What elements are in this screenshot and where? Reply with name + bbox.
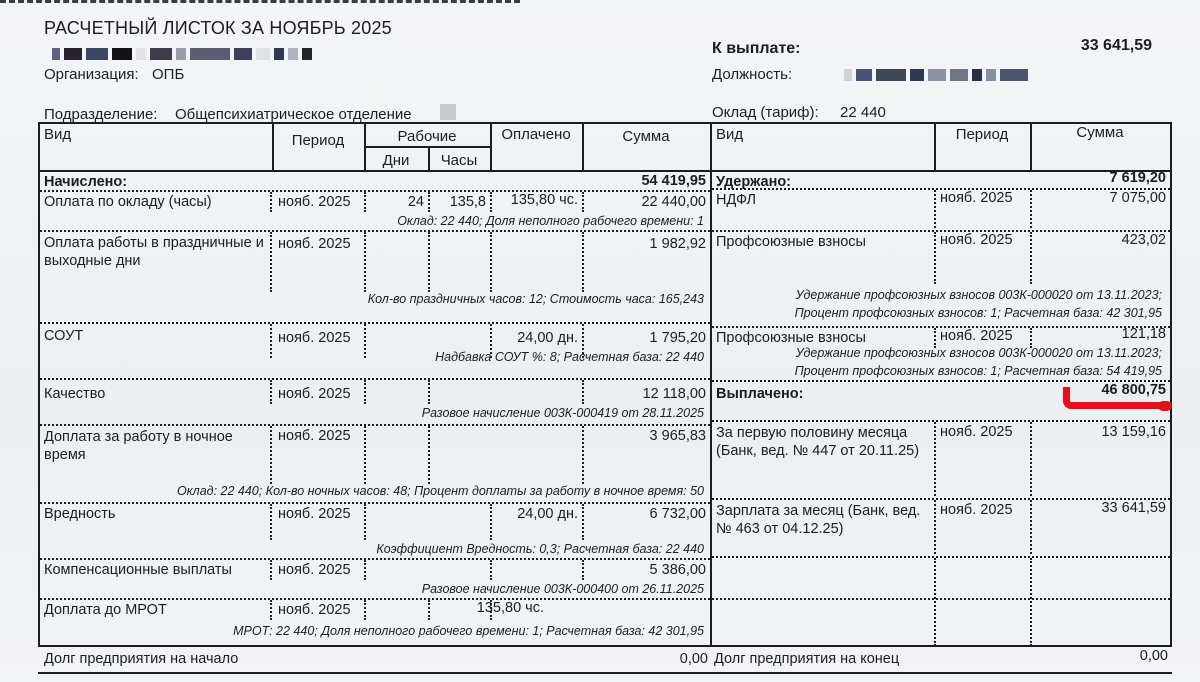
cell-divider (270, 426, 272, 484)
row-separator (40, 502, 710, 504)
row-period: нояб. 2025 (940, 424, 1013, 440)
row-sum: 33 641,59 (1040, 500, 1166, 516)
row-note: Разовое начисление 003К-000400 от 26.11.… (422, 582, 704, 596)
row-type: Профсоюзные взносы (716, 234, 866, 250)
debt-start-value: 0,00 (630, 651, 708, 667)
header-working: Рабочие (364, 128, 490, 145)
row-type: Профсоюзные взносы (716, 330, 866, 346)
cell-divider (428, 380, 430, 404)
row-separator (712, 556, 1170, 558)
row-period: нояб. 2025 (278, 506, 351, 522)
row-type: Вредность (44, 506, 115, 522)
row-sum: 13 159,16 (1040, 424, 1166, 440)
debt-start-label: Долг предприятия на начало (44, 651, 238, 667)
header-right-type: Вид (716, 126, 743, 143)
cell-divider (270, 324, 272, 358)
cell-divider (934, 328, 936, 348)
red-underline-tail (1158, 401, 1172, 411)
header-divider (364, 146, 490, 148)
row-type: СОУТ (44, 328, 83, 344)
row-note: Надбавка СОУТ %: 8; Расчетная база: 22 4… (435, 350, 704, 364)
row-sum: 7 075,00 (1040, 190, 1166, 206)
row-separator (40, 558, 710, 560)
row-sum: 423,02 (1040, 232, 1166, 248)
row-sum: 121,18 (1040, 326, 1166, 342)
cell-divider (934, 500, 936, 554)
row-note: МРОТ: 22 440; Доля неполного рабочего вр… (233, 624, 704, 638)
redacted-employee-name (52, 48, 312, 62)
cell-divider (270, 560, 272, 580)
row-note: Кол-во праздничных часов: 12; Стоимость … (368, 292, 704, 306)
cell-divider (490, 232, 492, 292)
row-separator (40, 230, 710, 232)
organization-label: Организация: (44, 66, 139, 83)
cell-divider (428, 426, 430, 484)
cell-divider (364, 426, 366, 484)
header-right-period: Период (934, 126, 1030, 143)
cell-divider (490, 560, 492, 580)
cell-divider (934, 232, 936, 284)
department-label: Подразделение: (44, 106, 157, 123)
row-sum: 12 118,00 (580, 386, 706, 402)
row-period: нояб. 2025 (940, 190, 1013, 206)
row-period: нояб. 2025 (940, 328, 1013, 344)
row-type: Доплата до МРОТ (44, 602, 167, 618)
row-type: Доплата за работу в ночное время (44, 428, 266, 464)
perforation-edge (0, 0, 520, 7)
row-sum: 3 965,83 (580, 428, 706, 444)
debt-end-value: 0,00 (1090, 648, 1168, 664)
header-hours: Часы (428, 152, 490, 169)
row-note: Процент профсоюзных взносов: 1; Расчетна… (795, 306, 1162, 320)
column-divider-main (710, 124, 712, 645)
row-type: Качество (44, 386, 105, 402)
header-paid: Оплачено (490, 126, 582, 143)
cell-divider (364, 232, 366, 292)
row-type: Зарплата за месяц (Банк, вед. № 463 от 0… (716, 502, 930, 538)
row-note: Оклад: 22 440; Доля неполного рабочего в… (397, 214, 704, 228)
row-period: нояб. 2025 (278, 602, 351, 618)
cell-divider (270, 600, 272, 620)
header-right-sum: Сумма (1030, 124, 1170, 141)
paid-out-label: Выплачено: (716, 386, 803, 402)
row-note: Разовое начисление 003К-000419 от 28.11.… (422, 406, 704, 420)
header-type: Вид (44, 126, 71, 143)
red-underline-annotation (1063, 387, 1171, 409)
row-note: Коэффициент Вредность: 0,3; Расчетная ба… (376, 542, 704, 556)
row-period: нояб. 2025 (278, 428, 351, 444)
debt-end-label: Долг предприятия на конец (714, 651, 899, 667)
cell-divider (934, 190, 936, 228)
cell-divider (1030, 232, 1032, 284)
cell-divider (1030, 190, 1032, 228)
row-separator (40, 378, 710, 380)
row-days: 24 (364, 194, 424, 210)
row-note: Удержание профсоюзных взносов 003К-00002… (796, 346, 1162, 360)
cell-divider (364, 600, 366, 620)
row-type: Оплата работы в праздничные и выходные д… (44, 234, 264, 270)
payslip-table: Вид Период Рабочие Дни Часы Оплачено Сум… (38, 122, 1172, 647)
row-hours: 135,8 (428, 194, 486, 210)
row-note: Оклад: 22 440; Кол-во ночных часов: 48; … (177, 484, 704, 498)
cell-divider (1030, 422, 1032, 496)
row-type: НДФЛ (716, 192, 756, 208)
row-sum: 5 386,00 (580, 562, 706, 578)
position-label: Должность: (712, 66, 792, 83)
row-sum: 1 795,20 (580, 330, 706, 346)
cell-divider (428, 232, 430, 292)
withheld-total: 7 619,20 (1040, 170, 1166, 186)
cell-divider (364, 324, 366, 358)
row-sum: 22 440,00 (580, 194, 706, 210)
row-paid: 24,00 дн. (490, 330, 578, 346)
header-bottom-line (40, 170, 1170, 172)
row-paid: 135,80 чс. (490, 192, 578, 208)
cell-divider (1030, 558, 1032, 646)
row-type: Компенсационные выплаты (44, 562, 232, 578)
row-separator (712, 598, 1170, 600)
row-separator (712, 420, 1170, 422)
cell-divider (270, 232, 272, 292)
cell-divider (1030, 328, 1032, 348)
row-period: нояб. 2025 (940, 232, 1013, 248)
row-separator (40, 424, 710, 426)
to-pay-value: 33 641,59 (1060, 37, 1152, 55)
cell-divider (270, 380, 272, 404)
row-period: нояб. 2025 (278, 386, 351, 402)
cell-divider (934, 558, 936, 646)
cell-divider (1030, 500, 1032, 554)
header-sum: Сумма (582, 128, 710, 145)
salary-value: 22 440 (840, 104, 886, 121)
row-sum: 1 982,92 (580, 236, 706, 252)
row-note: Удержание профсоюзных взносов 003К-00002… (796, 288, 1162, 302)
cell-divider (364, 380, 366, 404)
to-pay-label: К выплате: (712, 40, 801, 58)
footer-divider (38, 672, 1172, 674)
header-period: Период (272, 132, 364, 149)
cell-divider (364, 504, 366, 540)
row-separator (40, 598, 710, 600)
accrued-label: Начислено: (44, 174, 127, 190)
row-type: Оплата по окладу (часы) (44, 194, 212, 210)
salary-label: Оклад (тариф): (712, 104, 819, 121)
row-note: Процент профсоюзных взносов: 1; Расчетна… (795, 364, 1162, 378)
row-separator (40, 190, 710, 192)
redacted-department-suffix (440, 104, 456, 118)
row-sum: 6 732,00 (580, 506, 706, 522)
row-period: нояб. 2025 (278, 562, 351, 578)
row-separator (40, 322, 710, 324)
cell-divider (934, 422, 936, 496)
organization-value: ОПБ (152, 66, 184, 83)
accrued-total: 54 419,95 (580, 173, 706, 189)
row-period: нояб. 2025 (278, 194, 351, 210)
header-days: Дни (364, 152, 428, 169)
cell-divider (270, 192, 272, 212)
row-paid: 24,00 дн. (490, 506, 578, 522)
row-period: нояб. 2025 (278, 236, 351, 252)
row-period: нояб. 2025 (940, 502, 1013, 518)
redacted-position (844, 69, 1028, 83)
row-paid: 135,80 чс. (430, 600, 544, 616)
cell-divider (270, 504, 272, 540)
row-type: За первую половину месяца (Банк, вед. № … (716, 424, 930, 460)
cell-divider (364, 560, 366, 580)
department-value: Общепсихиатрическое отделение (175, 106, 412, 123)
payslip-sheet: РАСЧЕТНЫЙ ЛИСТОК ЗА НОЯБРЬ 2025 Организа… (0, 0, 1200, 682)
payslip-title: РАСЧЕТНЫЙ ЛИСТОК ЗА НОЯБРЬ 2025 (44, 18, 392, 39)
row-period: нояб. 2025 (278, 330, 351, 346)
